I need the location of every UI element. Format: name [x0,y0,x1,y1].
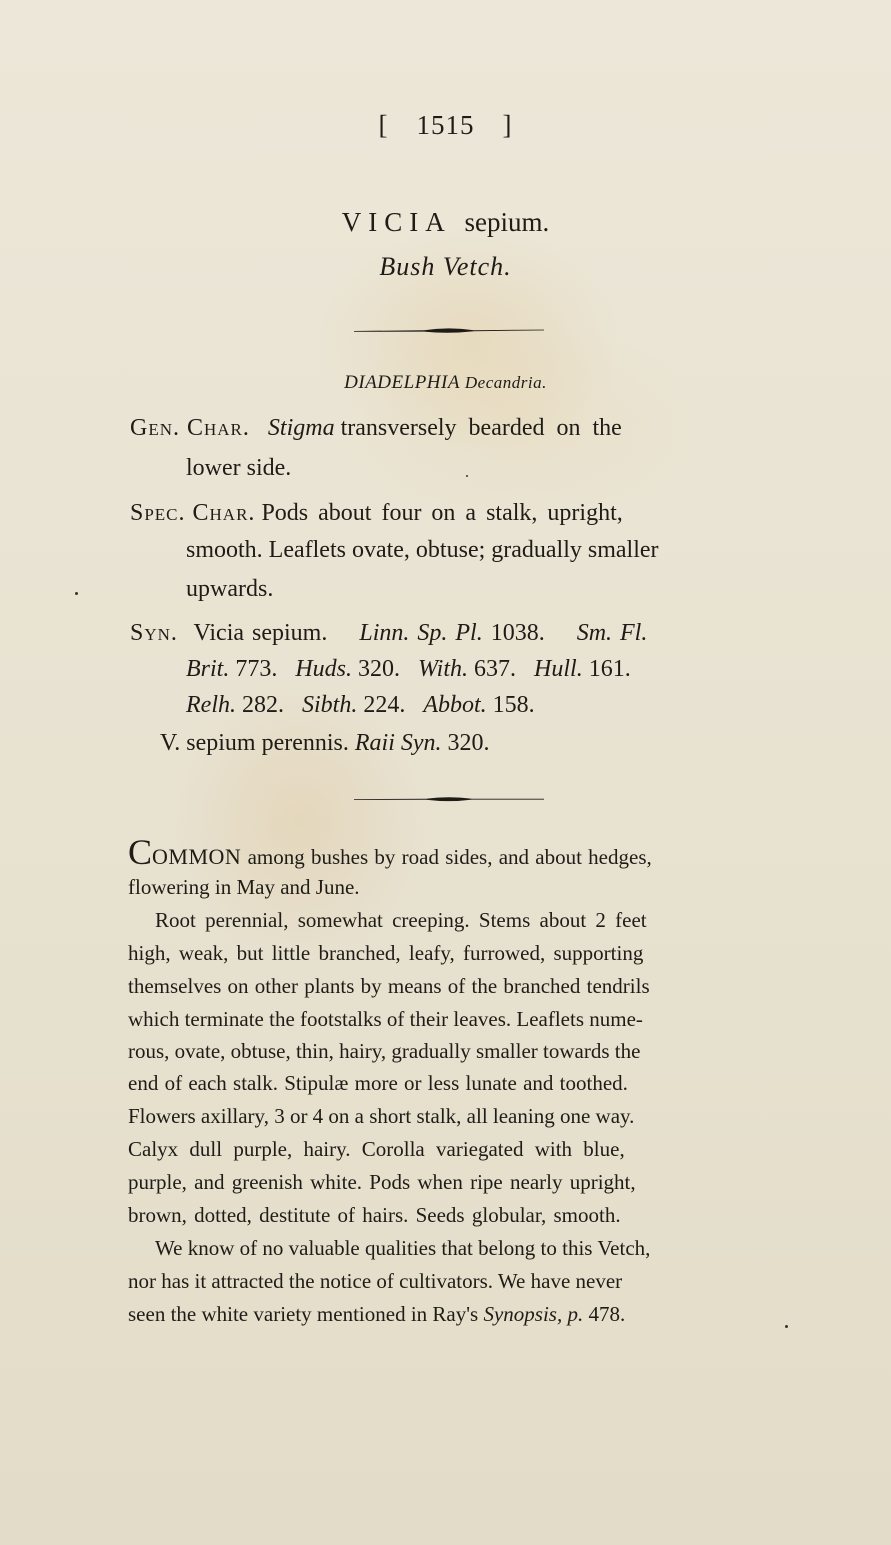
synonyms-line-4: V. sepium perennis. Raii Syn. 320. [160,730,490,757]
description-line: Calyx dull purple, hairy. Corolla varieg… [128,1137,625,1162]
syn-ref: Hull. [534,656,583,682]
spec-char-label: Spec. Char. [130,500,255,526]
syn-ref: Vicia sepium. [193,620,327,646]
species-name: sepium. [465,207,550,237]
syn-ref: V. sepium perennis. [160,730,349,756]
syn-ref: Brit. [186,656,229,682]
gen-char-term: Stigma [268,415,335,441]
common-name: Bush Vetch. [0,252,891,282]
description-line: themselves on other plants by means of t… [128,974,650,999]
syn-ref: Abbot. [423,692,486,718]
paper-speck [75,592,78,595]
syn-ref: 1038. [491,620,545,646]
paper-speck [466,475,468,477]
synonyms-line-1: Syn. Vicia sepium. Linn. Sp. Pl. 1038. S… [130,620,647,647]
description-last-line: seen the white variety mentioned in Ray'… [128,1302,625,1327]
syn-ref: 161. [589,656,631,682]
syn-ref: 637. [474,656,516,682]
syn-label: Syn. [130,620,178,646]
syn-ref: 320. [358,656,400,682]
generic-character: Gen. Char. Stigma transversely bearded o… [130,415,622,442]
specific-character: Spec. Char. Pods about four on a stalk, … [130,500,623,527]
spec-char-line-2: smooth. Leaflets ovate, obtuse; graduall… [186,537,659,564]
gen-char-text: transversely bearded on the [341,415,622,441]
syn-ref: Sm. Fl. [577,620,648,646]
description-line: COMMON among bushes by road sides, and a… [128,834,652,870]
description-line: high, weak, but little branched, leafy, … [128,941,643,966]
description-line: end of each stalk. Stipulæ more or less … [128,1071,628,1096]
description-line: Root perennial, somewhat creeping. Stems… [155,908,647,933]
description-line: flowering in May and June. [128,875,360,900]
description-text: seen the white variety mentioned in Ray'… [128,1302,478,1326]
bracket-close: ] [503,110,513,141]
gen-char-label: Gen. Char. [130,415,250,441]
synonyms-line-3: Relh. 282. Sibth. 224. Abbot. 158. [186,692,535,719]
syn-ref: 158. [493,692,535,718]
description-line: Flowers axillary, 3 or 4 on a short stal… [128,1104,634,1129]
page-number: [1515] [0,110,891,141]
syn-ref: Huds. [295,656,352,682]
description-line: which terminate the footstalks of their … [128,1007,643,1032]
spec-char-line-1: Pods about four on a stalk, upright, [261,500,622,526]
syn-ref: With. [418,656,468,682]
species-title: VICIA sepium. [0,207,891,238]
synonyms-line-2: Brit. 773. Huds. 320. With. 637. Hull. 1… [186,656,631,683]
gen-char-line-2: lower side. [186,455,291,482]
description-text: among bushes by road sides, and about he… [248,845,652,869]
class-name: DIADELPHIA [344,372,459,393]
paper-speck [785,1325,788,1328]
description-line: We know of no valuable qualities that be… [155,1236,650,1261]
description-line: rous, ovate, obtuse, thin, hairy, gradua… [128,1039,640,1064]
linnaean-classification: DIADELPHIA Decandria. [0,372,891,394]
bracket-open: [ [379,110,389,141]
syn-ref: Linn. Sp. Pl. [359,620,482,646]
page-ref: 478. [588,1302,625,1326]
syn-ref: Sibth. [302,692,357,718]
book-page: [1515] VICIA sepium. Bush Vetch. DIADELP… [0,0,891,1545]
page-number-value: 1515 [417,110,475,140]
syn-ref: 282. [242,692,284,718]
ornamental-rule-icon [354,326,544,332]
order-name: Decandria. [465,373,547,392]
ornamental-rule-icon [354,795,544,801]
dropcap: C [128,832,152,872]
syn-ref: Raii Syn. [355,730,442,756]
syn-ref: Relh. [186,692,236,718]
syn-ref: 320. [448,730,490,756]
syn-ref: 224. [363,692,405,718]
synopsis-ref: Synopsis, p. [483,1302,583,1326]
description-line: brown, dotted, destitute of hairs. Seeds… [128,1203,621,1228]
spec-char-line-3: upwards. [186,576,273,603]
genus-name: VICIA [342,207,452,237]
description-line: purple, and greenish white. Pods when ri… [128,1170,636,1195]
description-line: nor has it attracted the notice of culti… [128,1269,622,1294]
caps-rest: OMMON [152,844,241,869]
syn-ref: 773. [235,656,277,682]
